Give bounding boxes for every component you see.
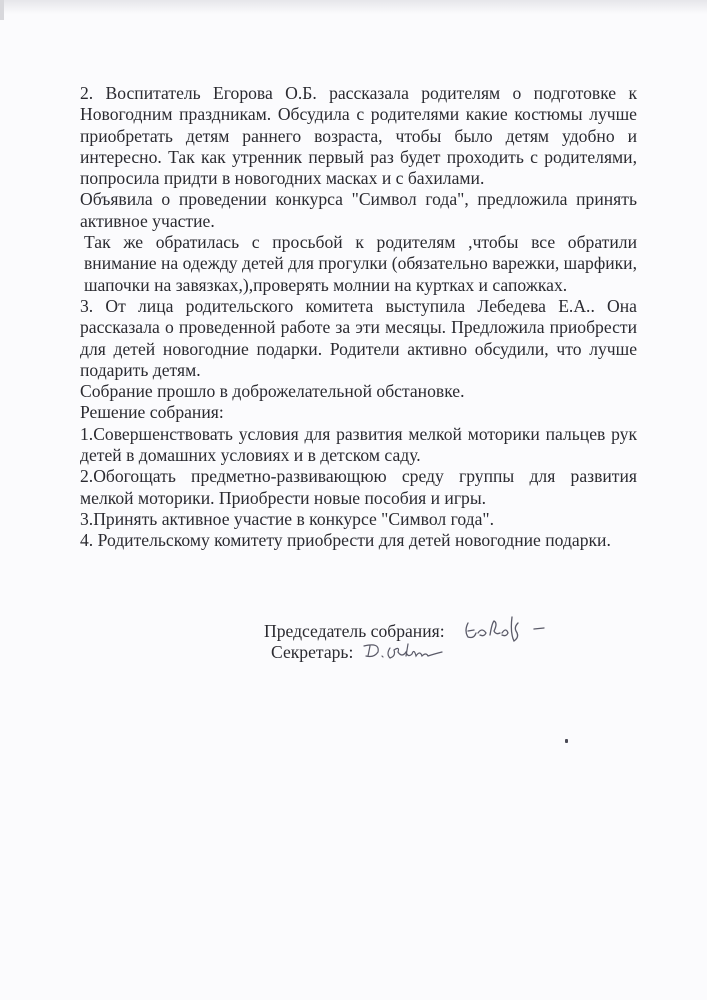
- paragraph-item-3-committee: 3. От лица родительского комитета выступ…: [80, 296, 637, 381]
- signature-block: Председатель собрания: Секретарь:: [264, 621, 445, 663]
- decision-item-3: 3.Принять активное участие в конкурсе "С…: [80, 509, 637, 530]
- paragraph-contest-announcement: Объявила о проведении конкурса "Символ г…: [80, 189, 637, 232]
- scan-top-edge: [0, 0, 707, 14]
- secretary-row: Секретарь:: [264, 642, 445, 663]
- secretary-signature-icon: [360, 636, 480, 676]
- decision-item-4: 4. Родительскому комитету приобрести для…: [80, 530, 637, 551]
- paragraph-clothing-request: Так же обратилась с просьбой к родителям…: [80, 232, 637, 296]
- scan-corner-shadow: [0, 0, 4, 20]
- paragraph-meeting-atmosphere: Собрание прошло в доброжелательной обста…: [80, 381, 637, 402]
- decision-item-2: 2.Обогощать предметно-развивающюю среду …: [80, 466, 637, 509]
- decision-item-1: 1.Совершенствовать условия для развития …: [80, 424, 637, 467]
- document-body: 2. Воспитатель Егорова О.Б. рассказала р…: [80, 83, 637, 552]
- decision-heading: Решение собрания:: [80, 402, 637, 423]
- paragraph-item-2-report: 2. Воспитатель Егорова О.Б. рассказала р…: [80, 83, 637, 189]
- scan-speck: [565, 739, 568, 743]
- secretary-label: Секретарь:: [271, 642, 353, 662]
